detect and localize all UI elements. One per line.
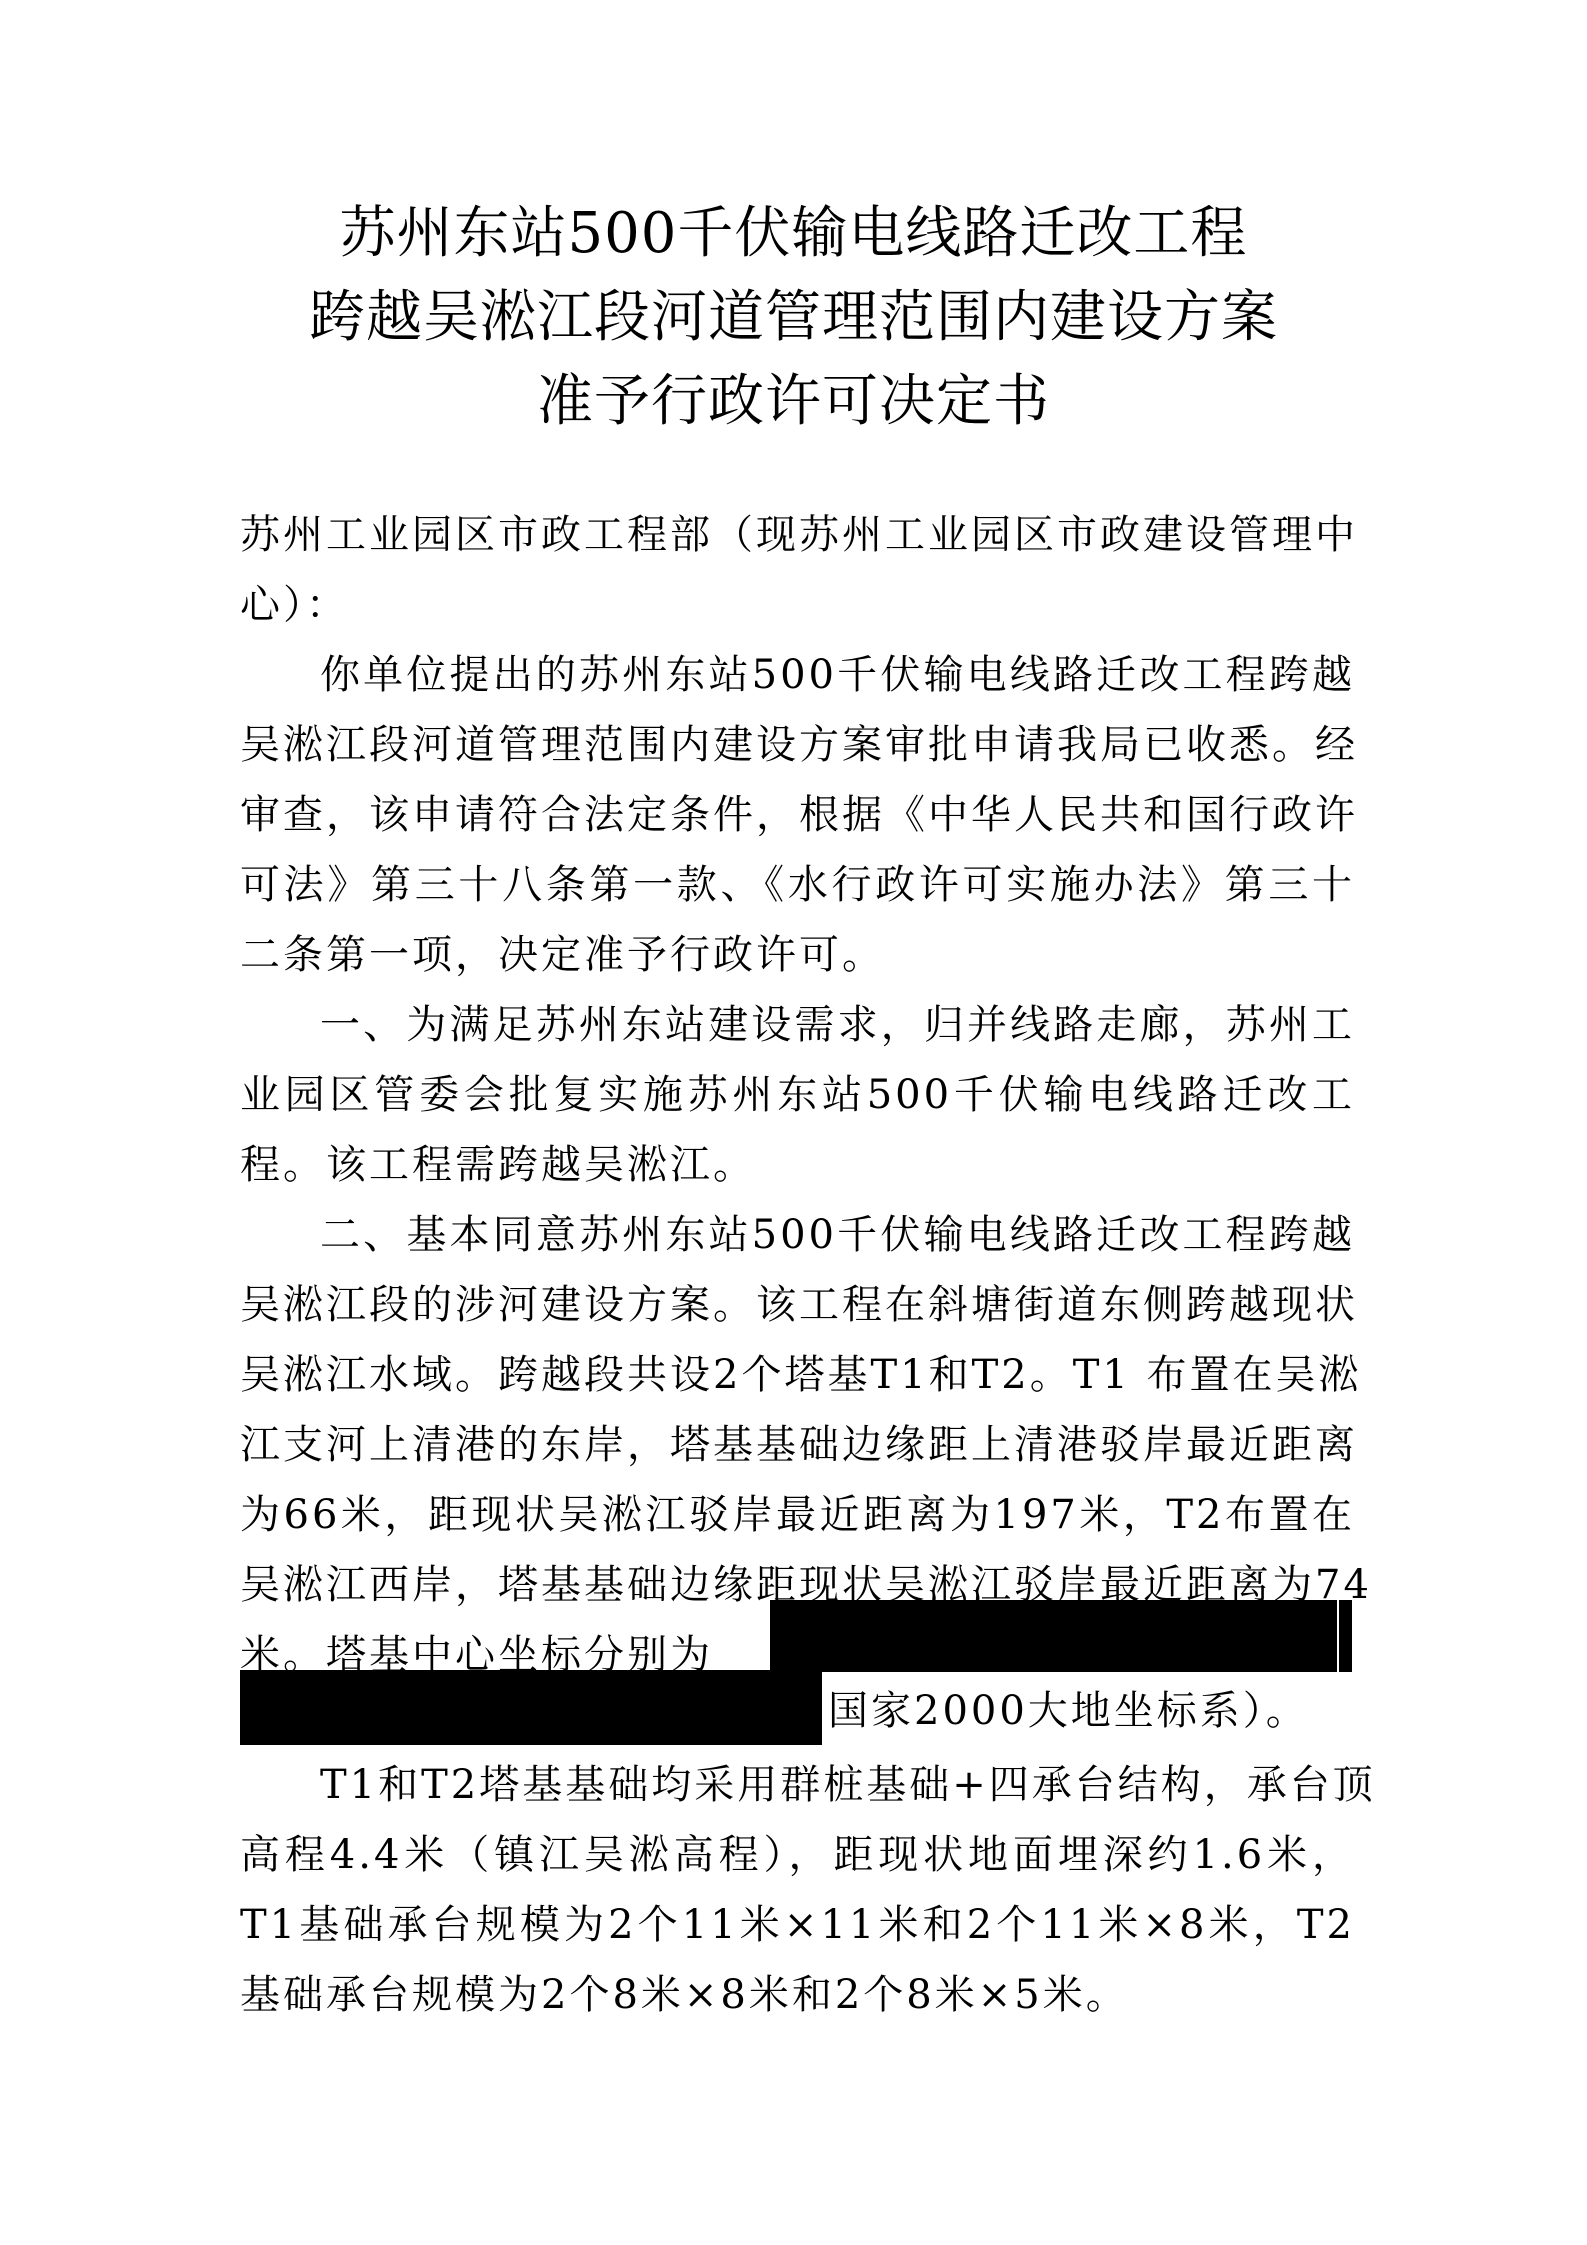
paragraph-foundation: T1和T2塔基基础均采用群桩基础+四承台结构，承台顶 高程4.4米（镇江吴淞高程… xyxy=(240,1750,1355,2030)
paragraph-line: 为66米，距现状吴淞江驳岸最近距离为197米，T2布置在 xyxy=(240,1480,1355,1550)
document-title: 苏州东站500千伏输电线路迁改工程 跨越吴淞江段河道管理范围内建设方案 准予行政… xyxy=(0,192,1587,444)
paragraph-line: T1基础承台规模为2个11米×11米和2个11米×8米，T2 xyxy=(240,1890,1355,1960)
redaction-block-coordinates-2 xyxy=(240,1670,822,1745)
paragraph-line: 吴淞江段河道管理范围内建设方案审批申请我局已收悉。经 xyxy=(240,710,1355,780)
redaction-gap xyxy=(1337,1600,1339,1672)
coordinate-system-text: 国家2000大地坐标系）。 xyxy=(828,1676,1309,1746)
redaction-block-coordinates-1 xyxy=(770,1600,1352,1672)
paragraph-line: 程。该工程需跨越吴淞江。 xyxy=(240,1130,1355,1200)
paragraph-line: 你单位提出的苏州东站500千伏输电线路迁改工程跨越 xyxy=(240,640,1355,710)
addressee-line-1: 苏州工业园区市政工程部（现苏州工业园区市政建设管理中 xyxy=(240,500,1355,570)
paragraph-line: 江支河上清港的东岸，塔基基础边缘距上清港驳岸最近距离 xyxy=(240,1410,1355,1480)
paragraph-item-1: 一、为满足苏州东站建设需求，归并线路走廊，苏州工 业园区管委会批复实施苏州东站5… xyxy=(240,990,1355,1200)
paragraph-line: 二、基本同意苏州东站500千伏输电线路迁改工程跨越 xyxy=(240,1200,1355,1270)
paragraph-line: 吴淞江段的涉河建设方案。该工程在斜塘街道东侧跨越现状 xyxy=(240,1270,1355,1340)
paragraph-line: 二条第一项，决定准予行政许可。 xyxy=(240,920,1355,990)
title-line-1: 苏州东站500千伏输电线路迁改工程 xyxy=(0,192,1587,276)
paragraph-line: 可法》第三十八条第一款、《水行政许可实施办法》第三十 xyxy=(240,850,1355,920)
paragraph-line: 业园区管委会批复实施苏州东站500千伏输电线路迁改工 xyxy=(240,1060,1355,1130)
addressee: 苏州工业园区市政工程部（现苏州工业园区市政建设管理中 心）： xyxy=(240,500,1355,640)
document-page: 苏州东站500千伏输电线路迁改工程 跨越吴淞江段河道管理范围内建设方案 准予行政… xyxy=(0,0,1587,2245)
paragraph-line: 吴淞江水域。跨越段共设2个塔基T1和T2。T1 布置在吴淞 xyxy=(240,1340,1355,1410)
title-line-2: 跨越吴淞江段河道管理范围内建设方案 xyxy=(0,276,1587,360)
paragraph-line: 基础承台规模为2个8米×8米和2个8米×5米。 xyxy=(240,1960,1355,2030)
title-line-3: 准予行政许可决定书 xyxy=(0,360,1587,444)
paragraph-line: 审查，该申请符合法定条件，根据《中华人民共和国行政许 xyxy=(240,780,1355,850)
addressee-line-2: 心）： xyxy=(240,570,1355,640)
paragraph-line: 一、为满足苏州东站建设需求，归并线路走廊，苏州工 xyxy=(240,990,1355,1060)
paragraph-line: 高程4.4米（镇江吴淞高程），距现状地面埋深约1.6米， xyxy=(240,1820,1355,1890)
paragraph-line: T1和T2塔基基础均采用群桩基础+四承台结构，承台顶 xyxy=(240,1750,1355,1820)
paragraph-decision: 你单位提出的苏州东站500千伏输电线路迁改工程跨越 吴淞江段河道管理范围内建设方… xyxy=(240,640,1355,990)
